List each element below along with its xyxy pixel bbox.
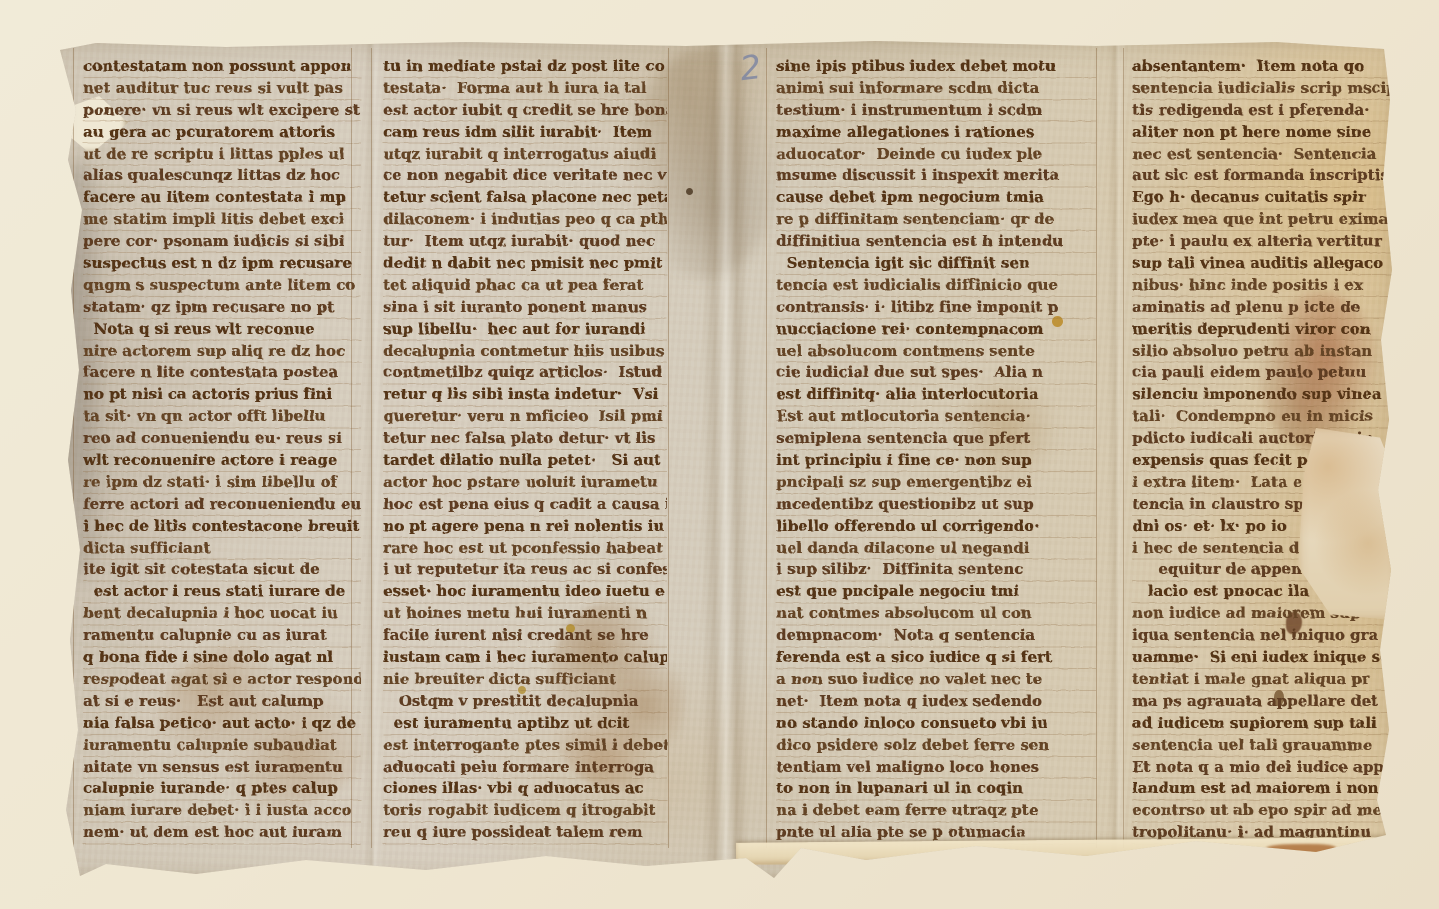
manuscript-text-line: dempnacom· Nota q sentencia: [776, 625, 1096, 648]
manuscript-text-line: esset· hoc iuramentu ideo iuetu e: [383, 581, 667, 604]
manuscript-text-line: nec est sentencia· Sentencia: [1132, 143, 1394, 166]
manuscript-text-line: maxime allegationes i rationes: [776, 121, 1096, 144]
manuscript-text-line: est que pncipale negociu tmi: [776, 581, 1096, 604]
manuscript-text-line: niam iurare debet· i i iusta acco: [83, 800, 361, 823]
manuscript-text-line: tetur scient falsa placone nec petat: [383, 187, 667, 210]
manuscript-page: contestatam non possunt apponnet auditur…: [46, 40, 1398, 884]
manuscript-text-line: Et nota q a mio dei iudice appel: [1132, 756, 1394, 779]
manuscript-text-line: ce non negabit dice veritate nec v: [383, 165, 667, 188]
manuscript-text-line: nem· ut dem est hoc aut iuram: [83, 822, 361, 845]
manuscript-text-line: iqua sentencia nel iniquo gra: [1132, 625, 1394, 648]
manuscript-text-line: tentiat i male gnat aliqua pr: [1132, 669, 1394, 692]
manuscript-text-line: tardet dilatio nulla petet· Si aut: [383, 450, 667, 473]
manuscript-text-line: q bona fide i sine dolo agat nl: [83, 647, 361, 670]
manuscript-text-line: nia falsa petico· aut acto· i qz de: [83, 712, 361, 735]
manuscript-text-line: tetur nec falsa plato detur· vt lis: [383, 428, 667, 451]
manuscript-text-line: utqz iurabit q interrogatus aiudi: [383, 143, 667, 166]
manuscript-text-line: aliter non pt here nome sine: [1132, 121, 1394, 144]
manuscript-text-line: nibus· hinc inde positis i ex: [1132, 275, 1394, 298]
manuscript-text-line: Nota q si reus wlt reconue: [83, 318, 361, 341]
manuscript-text-line: sentencia iudicialis scrip mscip: [1132, 78, 1394, 101]
ruling-vertical: [73, 48, 74, 848]
manuscript-text-line: au gera ac pcuratorem attoris: [83, 121, 361, 144]
fold-crease: [364, 40, 382, 884]
manuscript-text-line: ut de re scriptu i littas pples ul: [83, 143, 361, 166]
manuscript-text-line: wlt reconuenire actore i reage: [83, 450, 361, 473]
manuscript-text-line: animi sui informare scdm dicta: [776, 78, 1096, 101]
folio-number: 2: [738, 47, 764, 88]
manuscript-text-line: ut hoines metu hui iuramenti n: [383, 603, 667, 626]
manuscript-text-line: i hec de litis contestacone breuit: [83, 515, 361, 538]
manuscript-text-line: facere au litem contestata i mp: [83, 187, 361, 210]
manuscript-text-line: queretur· veru n mficieo Isil pmi: [383, 406, 667, 429]
manuscript-text-line: testata· Forma aut h iura ia tal: [383, 78, 667, 101]
manuscript-text-line: msume discussit i inspexit merita: [776, 165, 1096, 188]
bottom-folded-edge: [736, 837, 1396, 865]
manuscript-text-line: ferenda est a sico iudice q si fert: [776, 647, 1096, 670]
ruling-vertical: [1096, 48, 1097, 848]
manuscript-text-line: testium· i instrumentum i scdm: [776, 99, 1096, 122]
manuscript-text-line: tur· Item utqz iurabit· quod nec: [383, 231, 667, 254]
text-column-3: sine ipis ptibus iudex debet motuanimi s…: [776, 56, 1096, 862]
manuscript-text-line: contransis· i· litibz fine imponit p: [776, 296, 1096, 319]
manuscript-text-line: cam reus idm silit iurabit· Item: [383, 121, 667, 144]
manuscript-text-line: tu in mediate pstai dz post lite co: [383, 56, 667, 78]
manuscript-text-line: to non in lupanari ul in coqin: [776, 778, 1096, 801]
ruling-vertical: [371, 48, 372, 848]
manuscript-text-line: i ut reputetur ita reus ac si confess: [383, 559, 667, 582]
ruling-vertical: [1123, 48, 1124, 848]
manuscript-text-line: sina i sit iuranto ponent manus: [383, 296, 667, 319]
manuscript-text-line: sine ipis ptibus iudex debet motu: [776, 56, 1096, 78]
manuscript-text-line: reu q iure possideat talem rem: [383, 822, 667, 845]
manuscript-text-line: silenciu imponendo sup vinea: [1132, 384, 1394, 407]
manuscript-text-line: econtrso ut ab epo spir ad me: [1132, 800, 1394, 823]
manuscript-text-line: est actor i reus stati iurare de: [83, 581, 361, 604]
manuscript-text-line: iuramentu calupnie subaudiat: [83, 734, 361, 757]
manuscript-text-line: est iuramentu aptibz ut dcit: [383, 712, 667, 735]
manuscript-text-line: reo ad conueniendu eu· reus si: [83, 428, 361, 451]
manuscript-text-line: Est aut mtlocutoria sentencia·: [776, 406, 1096, 429]
manuscript-text-line: aut sic est formanda inscriptis: [1132, 165, 1394, 188]
manuscript-text-line: uamme· Si eni iudex inique se: [1132, 647, 1394, 670]
manuscript-text-line: contestatam non possunt appon: [83, 56, 361, 78]
manuscript-text-line: pncipali sz sup emergentibz ei: [776, 472, 1096, 495]
manuscript-text-line: silio absoluo petru ab instan: [1132, 340, 1394, 363]
manuscript-text-line: ite igit sit cotestata sicut de: [83, 559, 361, 582]
manuscript-text-line: tet aliquid phac ca ut pea ferat: [383, 275, 667, 298]
manuscript-text-line: dico psidere solz debet ferre sen: [776, 734, 1096, 757]
manuscript-text-line: nucciacione rei· contempnacom: [776, 318, 1096, 341]
manuscript-text-line: aduocator· Deinde cu iudex ple: [776, 143, 1096, 166]
manuscript-text-line: i sup silibz· Diffinita sentenc: [776, 559, 1096, 582]
manuscript-text-line: int principiu i fine ce· non sup: [776, 450, 1096, 473]
ruling-vertical: [766, 48, 767, 848]
manuscript-text-line: ponere· vn si reus wlt excipere st: [83, 99, 361, 122]
manuscript-text-line: at si e reus· Est aut calump: [83, 690, 361, 713]
manuscript-text-line: sentencia uel tali grauamme: [1132, 734, 1394, 757]
manuscript-text-line: nitate vn sensus est iuramentu: [83, 756, 361, 779]
manuscript-text-line: re p diffinitam sentenciam· qr de: [776, 209, 1096, 232]
manuscript-text-line: est diffinitq· alia interlocutoria: [776, 384, 1096, 407]
manuscript-text-line: nire actorem sup aliq re dz hoc: [83, 340, 361, 363]
manuscript-text-line: aminatis ad plenu p icte de: [1132, 296, 1394, 319]
manuscript-text-line: dedit n dabit nec pmisit nec pmit: [383, 253, 667, 276]
manuscript-text-line: est actor iubit q credit se hre bona: [383, 99, 667, 122]
text-column-2: tu in mediate pstai dz post lite cotesta…: [383, 56, 667, 862]
manuscript-text-line: diffinitiua sentencia est h intendu: [776, 231, 1096, 254]
manuscript-text-line: cie iudicial due sut spes· Alia n: [776, 362, 1096, 385]
manuscript-text-line: ramentu calupnie cu as iurat: [83, 625, 361, 648]
manuscript-text-line: dicta sufficiant: [83, 537, 361, 560]
manuscript-text-line: ferre actori ad reconueniendu eu: [83, 493, 361, 516]
manuscript-text-line: dilaconem· i indutias peo q ca ptha: [383, 209, 667, 232]
manuscript-text-line: net auditur tuc reus si vult pas: [83, 78, 361, 101]
manuscript-text-line: sup libellu· hec aut for iurandi: [383, 318, 667, 341]
manuscript-text-line: na i debet eam ferre utraqz pte: [776, 800, 1096, 823]
manuscript-text-line: Sentencia igit sic diffinit sen: [776, 253, 1096, 276]
manuscript-text-line: pere cor· psonam iudicis si sibi: [83, 231, 361, 254]
manuscript-text-line: respodeat agat si e actor responde: [83, 669, 361, 692]
manuscript-text-line: mcedentibz questionibz ut sup: [776, 493, 1096, 516]
photo-backdrop: contestatam non possunt apponnet auditur…: [0, 0, 1439, 909]
manuscript-text-line: rare hoc est ut pconfessio habeat: [383, 537, 667, 560]
manuscript-text-line: ciones illas· vbi q aduocatus ac: [383, 778, 667, 801]
ink-spot: [686, 188, 693, 195]
manuscript-text-line: a non suo iudice no valet nec te: [776, 669, 1096, 692]
manuscript-text-line: cia pauli eidem paulo petuu: [1132, 362, 1394, 385]
manuscript-text-line: me statim impli litis debet exci: [83, 209, 361, 232]
manuscript-text-line: tencia est iudicialis diffinicio que: [776, 275, 1096, 298]
manuscript-text-line: calupnie iurande· q ptes calup: [83, 778, 361, 801]
manuscript-text-line: iustam cam i hec iuramento calup: [383, 647, 667, 670]
manuscript-text-line: est interrogante ptes simil i debet: [383, 734, 667, 757]
manuscript-text-line: alias qualescunqz littas dz hoc: [83, 165, 361, 188]
text-column-1: contestatam non possunt apponnet auditur…: [83, 56, 361, 862]
manuscript-text-line: nat contmes absolucom ul con: [776, 603, 1096, 626]
manuscript-text-line: decalupnia contmetur hiis usibus: [383, 340, 667, 363]
manuscript-text-line: pte· i paulu ex alteria vertitur: [1132, 231, 1394, 254]
manuscript-text-line: actor hoc pstare uoluit iurametu: [383, 472, 667, 495]
manuscript-text-line: contmetilbz quiqz articlos· Istud iu: [383, 362, 667, 385]
ruling-vertical: [668, 48, 669, 848]
manuscript-text-line: no stando inloco consueto vbi iu: [776, 712, 1096, 735]
manuscript-text-line: qngm s suspectum ante litem co: [83, 275, 361, 298]
manuscript-text-line: Ostqm v prestitit decalupnia: [383, 690, 667, 713]
manuscript-text-line: ta sit· vn qn actor offt libellu: [83, 406, 361, 429]
manuscript-text-line: aduocati peiu formare interroga: [383, 756, 667, 779]
manuscript-text-line: net· Item nota q iudex sedendo: [776, 690, 1096, 713]
manuscript-text-line: cause debet ipm negocium tmia: [776, 187, 1096, 210]
manuscript-text-line: ad iudicem supiorem sup tali: [1132, 712, 1394, 735]
manuscript-text-line: absentantem· Item nota qo: [1132, 56, 1394, 78]
manuscript-text-line: uel absolucom contmens sente: [776, 340, 1096, 363]
manuscript-text-line: ma ps agrauata appellare det: [1132, 690, 1394, 713]
manuscript-text-line: tis redigenda est i pferenda·: [1132, 99, 1394, 122]
manuscript-text-line: tali· Condempno eu in micis: [1132, 406, 1394, 429]
rust-mark: [1266, 844, 1336, 855]
manuscript-text-line: nie breuiter dicta sufficiant: [383, 669, 667, 692]
manuscript-text-line: statam· qz ipm recusare no pt: [83, 296, 361, 319]
manuscript-text-line: suspectus est n dz ipm recusare: [83, 253, 361, 276]
manuscript-text-line: libello offerendo ul corrigendo·: [776, 515, 1096, 538]
manuscript-text-line: Ego h· decanus cuitatis spir: [1132, 187, 1394, 210]
manuscript-text-line: sup tali vinea auditis allegaco: [1132, 253, 1394, 276]
manuscript-text-line: no pt nisi ca actoris prius fini: [83, 384, 361, 407]
manuscript-text-line: facere n lite contestata postea: [83, 362, 361, 385]
manuscript-text-line: bent decalupnia i hoc uocat iu: [83, 603, 361, 626]
manuscript-text-line: retur q lis sibi insta indetur· Vsi: [383, 384, 667, 407]
center-fold-crease: [702, 40, 748, 884]
manuscript-text-line: meritis deprudenti viror con: [1132, 318, 1394, 341]
manuscript-text-line: tentiam vel maligno loco hones: [776, 756, 1096, 779]
manuscript-text-line: uel danda dilacone ul negandi: [776, 537, 1096, 560]
manuscript-text-line: landum est ad maiorem i non: [1132, 778, 1394, 801]
manuscript-text-line: facile iurent nisi credant se hre: [383, 625, 667, 648]
manuscript-text-line: iudex mea que int petru exima: [1132, 209, 1394, 232]
manuscript-text-line: toris rogabit iudicem q itrogabit: [383, 800, 667, 823]
manuscript-text-line: no pt agere pena n rei nolentis iu: [383, 515, 667, 538]
manuscript-text-line: semiplena sentencia que pfert: [776, 428, 1096, 451]
manuscript-text-line: re ipm dz stati· i sim libellu of: [83, 472, 361, 495]
manuscript-text-line: hoc est pena eius q cadit a causa i: [383, 493, 667, 516]
